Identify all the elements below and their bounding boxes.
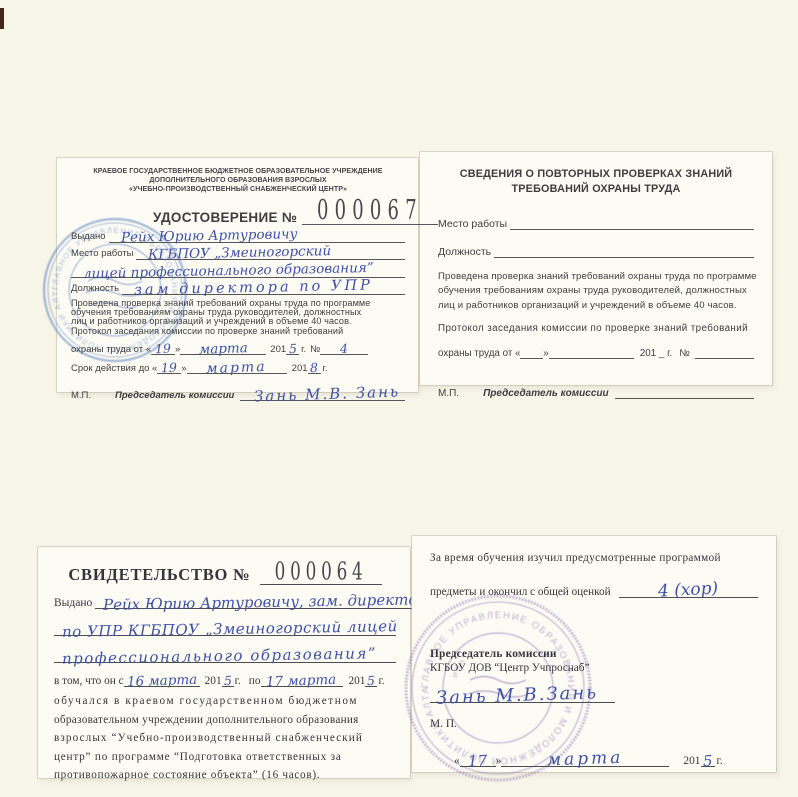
results-line1: За время обучения изучил предусмотренные… [430,552,758,564]
protocol-month-value: марта [199,343,248,355]
seal-place-label: М.П. [71,390,91,401]
period-to-value: 17 марта [266,675,337,687]
chairman-org: КГБОУ ДОВ “Центр Учпроснаб” [430,662,758,674]
udostoverenie-title-row: УДОСТОВЕРЕНИЕ № 000067 [153,199,405,225]
certificate-number: 000067 [317,195,423,226]
udostoverenie-card: ГЛАВНОЕ УПРАВЛЕНИЕ ОБРАЗОВАНИЯ И МОЛОДЕЖ… [57,158,418,392]
issue-g: г. [717,755,723,767]
training-body-line4: центр” по программе “Подготовка ответств… [54,748,396,767]
org-name-line2: ДОПОЛНИТЕЛЬНОГО ОБРАЗОВАНИЯ ВЗРОСЛЫХ [71,176,405,185]
position-row: Должность зам директора по УПР [71,279,405,295]
protocol-line1: Протокол заседания комиссии по проверке … [438,323,754,334]
issued-to-label: Выдано [54,597,92,609]
workplace-label: Место работы [71,248,133,260]
chairman-label: Председатель комиссии [483,388,609,399]
workplace-row-2: лицей профессионального образования” [71,261,405,278]
issued-to-value: Рейх Юрию Артуровичу [120,229,297,244]
workplace-row: Место работы [438,209,754,230]
seal-signature-row: М.П. Председатель комиссии Зань М.В. Зан… [71,382,405,401]
repeat-checks-card: СВЕДЕНИЯ О ПОВТОРНЫХ ПРОВЕРКАХ ЗНАНИЙ ТР… [420,152,772,385]
chairman-signature: Зань М.В.Зань [436,686,598,705]
year2-digit: 5 [367,676,375,686]
grade-prefix: предметы и окончил с общей оценкой [430,586,611,598]
body-text-line2: обучения требованиям охраны труда руково… [438,284,754,298]
year1-digit: 5 [223,676,231,686]
issued-to-row: Выдано Рейх Юрию Артуровичу [71,227,405,243]
protocol-date-prefix: охраны труда от « [71,344,151,355]
issue-date-row: « 17 » марта 201 5 г. [430,743,758,767]
org-name-line3: «УЧЕБНО-ПРОИЗВОДСТВЕННЫЙ СНАБЖЕНЧЕСКИЙ Ц… [71,185,405,194]
validity-year-prefix: 201 [292,363,308,374]
signature-row: Зань М.В.Зань [430,677,758,703]
grade-row: предметы и окончил с общей оценкой 4 (хо… [430,576,758,598]
workplace-value-2: лицей профессионального образования” [83,263,374,280]
number-line: 000064 [260,561,382,585]
protocol-year-prefix: 201 [270,344,286,355]
chairman-label: Председатель комиссии [430,648,758,660]
position-label: Должность [438,246,491,258]
year-suffix-2: г. [323,363,328,374]
position-value: зам директора по УПР [134,280,373,296]
training-body-line1: обучался в краевом государственном бюдже… [54,692,396,711]
protocol-line2: охраны труда от « » 201 _ г. № [438,343,754,359]
training-period-row: в том, что он с 16 марта 201 5 г. по 17 … [54,666,396,687]
validity-month-value: марта [206,362,267,374]
repeat-checks-title-line1: СВЕДЕНИЯ О ПОВТОРНЫХ ПРОВЕРКАХ ЗНАНИЙ [438,167,754,182]
seal-place-label: М.П. [438,388,459,399]
seal-place-label: М. П. [430,718,758,730]
workplace-value-1: КГБПОУ „Змеиногорский [148,246,331,261]
protocol-number-label: № [679,348,690,359]
validity-year-digit: 8 [310,363,318,373]
issued-to-row: Выдано Рейх Юрию Артуровичу, зам. директ… [54,586,396,609]
g2: г. [378,675,384,687]
scanner-edge-artifact [0,8,4,29]
svidetelstvo-title-row: СВИДЕТЕЛЬСТВО № 000064 [54,556,396,585]
issued-value-3: профессионального образования” [62,647,377,664]
chairman-label: Председатель комиссии [115,390,234,401]
training-body-line2: образовательном учреждении дополнительно… [54,711,396,730]
position-row: Должность [438,237,754,258]
issued-to-label: Выдано [71,231,106,243]
repeat-checks-title-line2: ТРЕБОВАНИЙ ОХРАНЫ ТРУДА [438,182,754,197]
issue-month-value: марта [547,752,624,768]
body-text-line1: Проведена проверка знаний требований охр… [438,270,754,284]
validity-row: Срок действия до « 19 » марта 201 8 г. [71,359,405,374]
g1: г. [235,675,241,687]
issue-year-prefix: 201 [683,755,700,767]
grade-value: 4 (хор) [658,582,719,598]
number-line: 000067 [302,200,438,225]
chairman-signature: Зань М.В. Зань [254,386,400,403]
protocol-date-prefix: охраны труда от « [438,348,520,359]
protocol-day-value: 19 [155,344,171,355]
org-name-line1: КРАЕВОЕ ГОСУДАРСТВЕННОЕ БЮДЖЕТНОЕ ОБРАЗО… [71,167,405,176]
workplace-row: Место работы КГБПОУ „Змеиногорский [71,244,405,260]
period-from-value: 16 марта [126,675,197,687]
protocol-year-blank: 201 _ г. [640,348,672,359]
training-body-line3: взрослых “Учебно-производственный снабже… [54,729,396,748]
protocol-number-label: № [310,344,320,355]
results-card: ГЛАВНОЕ УПРАВЛЕНИЕ ОБРАЗОВАНИЯ И МОЛОДЕЖ… [412,536,776,772]
certificate-number: 000064 [274,557,367,585]
period-po: по [249,675,261,687]
issued-value-2: по УПР КГБПОУ „Змеиногорский лицей [62,620,398,638]
body-text: Проведена проверка знаний требований охр… [438,270,754,313]
protocol-date-row: охраны труда от « 19 » марта 201 5 г. № … [71,340,405,355]
validity-day-value: 19 [161,363,177,374]
seal-signature-row: М.П. Председатель комиссии [438,379,754,399]
training-body-text: обучался в краевом государственном бюдже… [54,692,396,785]
chairman-block: Председатель комиссии КГБОУ ДОВ “Центр У… [430,648,758,674]
protocol-year-digit: 5 [288,344,296,354]
year1-prefix: 201 [205,675,222,687]
training-body-line5: противопожарное состояние объекта” (16 ч… [54,766,396,785]
issue-day-value: 17 [468,756,487,767]
udostoverenie-title: УДОСТОВЕРЕНИЕ № [153,210,297,225]
issue-year-digit: 5 [703,756,713,766]
issued-line2: по УПР КГБПОУ „Змеиногорский лицей [54,610,396,636]
position-label: Должность [71,283,119,295]
body-text-line4: Протокол заседания комиссии по проверке … [71,327,405,336]
issued-line3: профессионального образования” [54,637,396,663]
year2-prefix: 201 [349,675,366,687]
svidetelstvo-title: СВИДЕТЕЛЬСТВО № [68,565,250,585]
body-text-line3: лиц и работников организаций и учреждени… [438,299,754,313]
issued-to-value: Рейх Юрию Артуровичу, зам. директора [103,593,436,611]
svidetelstvo-card: СВИДЕТЕЛЬСТВО № 000064 Выдано Рейх Юрию … [38,547,410,778]
workplace-label: Место работы [438,218,507,230]
year-suffix: г. [301,344,306,355]
protocol-number-value: 4 [340,344,348,354]
validity-prefix: Срок действия до « [71,363,157,374]
period-prefix: в том, что он с [54,675,124,687]
